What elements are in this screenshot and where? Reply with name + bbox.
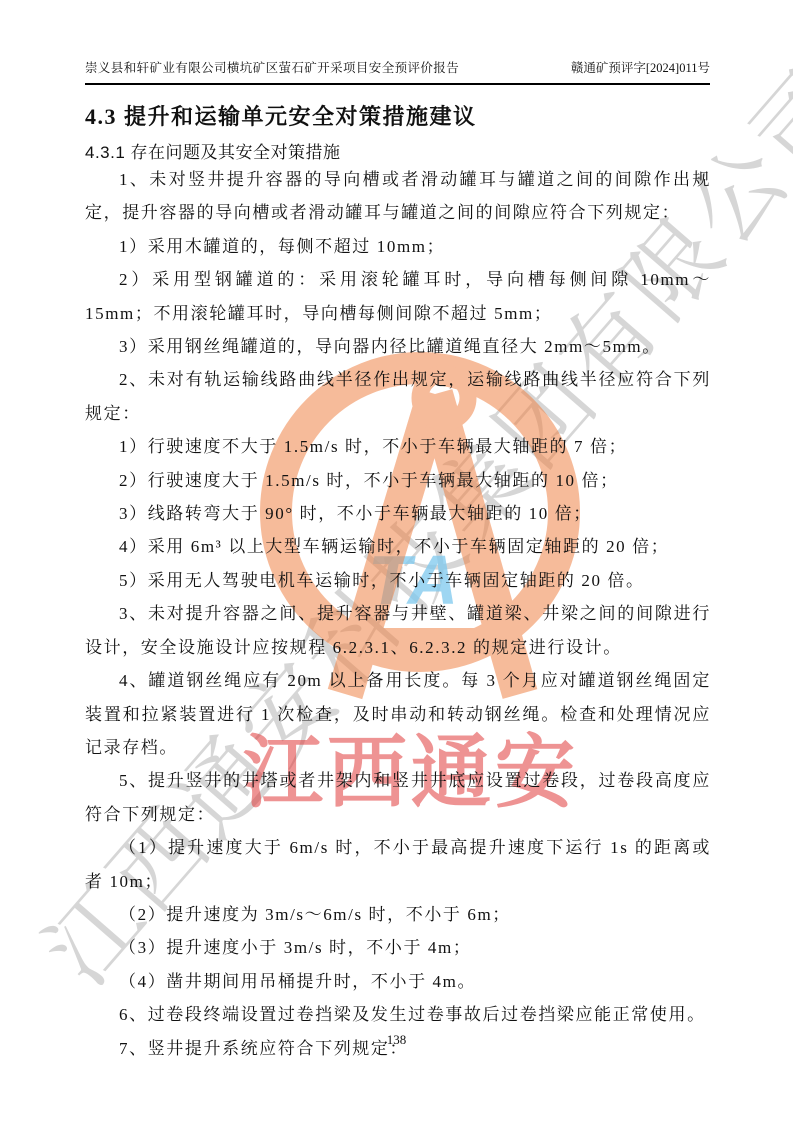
body-paragraph: （2）提升速度为 3m/s～6m/s 时，不小于 6m； bbox=[85, 898, 711, 931]
body-paragraph: 3）采用钢丝绳罐道的，导向器内径比罐道绳直径大 2mm～5mm。 bbox=[85, 330, 711, 363]
body-paragraph: 2）行驶速度大于 1.5m/s 时，不小于车辆最大轴距的 10 倍； bbox=[85, 464, 711, 497]
body-paragraph: 1）采用木罐道的，每侧不超过 10mm； bbox=[85, 230, 711, 263]
body-paragraph: 6、过卷段终端设置过卷挡梁及发生过卷事故后过卷挡梁应能正常使用。 bbox=[85, 998, 711, 1031]
body-paragraph: 5）采用无人驾驶电机车运输时，不小于车辆固定轴距的 20 倍。 bbox=[85, 564, 711, 597]
body-paragraph: 3、未对提升容器之间、提升容器与井壁、罐道梁、井梁之间的间隙进行设计，安全设施设… bbox=[85, 597, 711, 664]
header-document-number: 赣通矿预评字[2024]011号 bbox=[571, 58, 710, 76]
body-paragraph: 2）采用型钢罐道的：采用滚轮罐耳时，导向槽每侧间隙 10mm～15mm；不用滚轮… bbox=[85, 263, 711, 330]
section-title: 4.3 提升和运输单元安全对策措施建议 bbox=[85, 100, 725, 131]
content-layer: 崇义县和轩矿业有限公司横坑矿区萤石矿开采项目安全预评价报告 赣通矿预评字[202… bbox=[0, 0, 793, 1122]
header-report-title: 崇义县和轩矿业有限公司横坑矿区萤石矿开采项目安全预评价报告 bbox=[85, 58, 459, 76]
body-paragraph: 4）采用 6m³ 以上大型车辆运输时，不小于车辆固定轴距的 20 倍； bbox=[85, 530, 711, 563]
body-paragraph: （4）凿井期间用吊桶提升时，不小于 4m。 bbox=[85, 965, 711, 998]
body-paragraph: （3）提升速度小于 3m/s 时，不小于 4m； bbox=[85, 931, 711, 964]
document-page: 江西通安科技集团有限公司 TA 江西通安 崇义县和轩矿业有限公司横坑矿区萤石矿开… bbox=[0, 0, 793, 1122]
body-paragraph: 2、未对有轨运输线路曲线半径作出规定，运输线路曲线半径应符合下列规定： bbox=[85, 363, 711, 430]
body-paragraph: 5、提升竖井的井塔或者井架内和竖井井底应设置过卷段，过卷段高度应符合下列规定： bbox=[85, 764, 711, 831]
body-paragraph: 1、未对竖井提升容器的导向槽或者滑动罐耳与罐道之间的间隙作出规定，提升容器的导向… bbox=[85, 163, 711, 230]
body-paragraph: 3）线路转弯大于 90° 时，不小于车辆最大轴距的 10 倍； bbox=[85, 497, 711, 530]
body-text: 1、未对竖井提升容器的导向槽或者滑动罐耳与罐道之间的间隙作出规定，提升容器的导向… bbox=[85, 163, 711, 1065]
page-header: 崇义县和轩矿业有限公司横坑矿区萤石矿开采项目安全预评价报告 赣通矿预评字[202… bbox=[85, 58, 710, 85]
body-paragraph: 1）行驶速度不大于 1.5m/s 时，不小于车辆最大轴距的 7 倍； bbox=[85, 430, 711, 463]
page-number: 138 bbox=[0, 1032, 793, 1048]
subsection-title: 4.3.1 存在问题及其安全对策措施 bbox=[85, 138, 725, 163]
body-paragraph: （1）提升速度大于 6m/s 时，不小于最高提升速度下运行 1s 的距离或者 1… bbox=[85, 831, 711, 898]
body-paragraph: 4、罐道钢丝绳应有 20m 以上备用长度。每 3 个月应对罐道钢丝绳固定装置和拉… bbox=[85, 664, 711, 764]
